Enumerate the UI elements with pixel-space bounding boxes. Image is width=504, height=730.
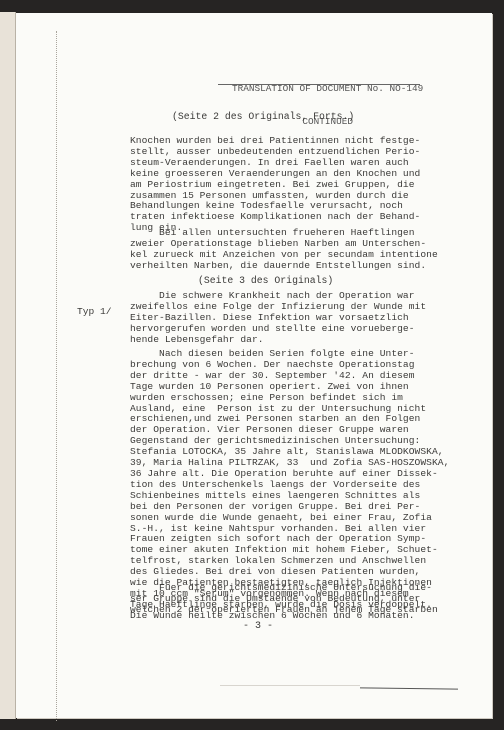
document-header: TRANSLATION OF DOCUMENT No. NO-149 CONTI… — [232, 61, 423, 138]
caption-seite-3: (Seite 3 des Originals) — [198, 275, 333, 286]
paragraph-3: Die schwere Krankheit nach der Operation… — [130, 291, 426, 346]
margin-rule — [56, 31, 57, 721]
header-underline — [218, 84, 420, 85]
caption-seite-2: (Seite 2 des Originals, Forts.) — [172, 111, 354, 122]
bottom-rule-faint — [220, 685, 360, 686]
paragraph-2: Bei allen untersuchten frueheren Haeftli… — [130, 228, 438, 272]
paragraph-4: Nach diesen beiden Serien folgte eine Un… — [130, 349, 449, 622]
margin-note-typ: Typ 1/ — [77, 306, 112, 317]
page-number: - 3 - — [243, 621, 273, 632]
paragraph-5: Fuer die gerichtsmedizinische Untersuchu… — [130, 583, 438, 616]
document-binding-strip — [0, 12, 16, 719]
paragraph-1: Knochen wurden bei drei Patientinnen nic… — [130, 136, 420, 234]
